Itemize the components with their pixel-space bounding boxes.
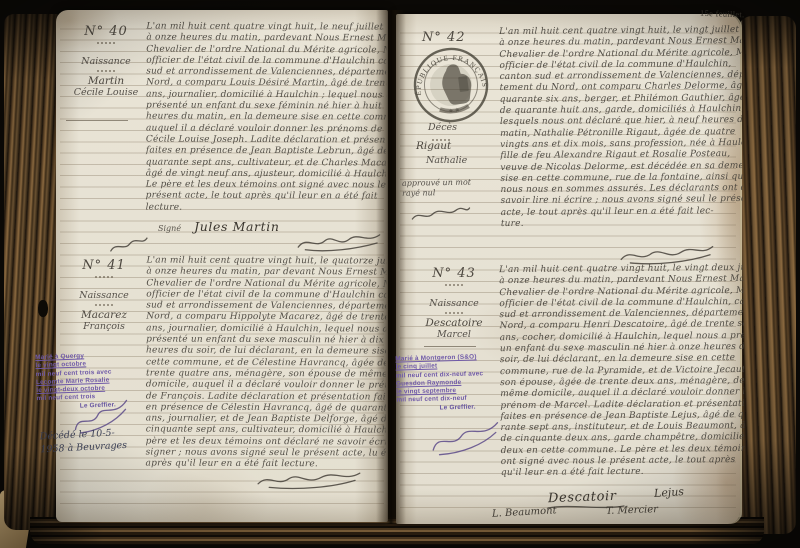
act43-number: N° 43 [408, 266, 500, 281]
act42-record-type: Décès [428, 122, 457, 133]
act41-surname: Macarez [58, 309, 150, 321]
act43-record-type: Naissance [408, 298, 500, 309]
margin-divider-line [66, 120, 128, 121]
act43-given-names: Marcel [408, 329, 500, 340]
separator [445, 284, 463, 286]
act40-margin: N° 40 Naissance Martin Cécile Louise [60, 24, 152, 98]
separator [97, 42, 115, 44]
witness-signature: Lejus [654, 485, 685, 500]
act41-given-names: François [58, 321, 150, 332]
act40-signature-line: Signé Jules Martin [158, 216, 279, 235]
act41-record-type: Naissance [58, 290, 150, 301]
act40-surname: Martin [60, 75, 152, 87]
approved-word-margin-note: approuvé un motrayé nul [402, 177, 498, 198]
separator [97, 70, 115, 72]
act41-margin: N° 41 Naissance Macarez François [58, 258, 150, 332]
act41-body-text: L'an mil huit cent quatre vingt huit, le… [146, 255, 387, 471]
act40-body-text: L'an mil huit cent quatre vingt huit, le… [146, 21, 387, 214]
act40-record-type: Naissance [60, 56, 152, 67]
republique-francaise-stamp-icon: RÉPUBLIQUE FRANÇAISE ★ ★ [408, 42, 495, 129]
act43-body-text: L'an mil huit cent quatre vingt huit, le… [499, 263, 745, 480]
officer-paraph-flourish [255, 468, 364, 492]
act40-given-names: Cécile Louise [60, 87, 152, 98]
act43-margin: N° 43 Naissance Descatoire Marcel [408, 266, 500, 340]
witness-signature: T. Mercier [606, 504, 658, 517]
act42-number: N° 42 [422, 30, 466, 45]
margin-divider-line [424, 346, 476, 347]
act43-surname: Descatoire [408, 317, 500, 329]
signed-prefix: Signé [158, 224, 181, 233]
separator [95, 276, 113, 278]
act41-number: N° 41 [58, 258, 150, 273]
act42-given-names: Nathalie [426, 155, 467, 166]
right-page-stack-edge [738, 16, 796, 534]
separator [445, 312, 463, 314]
act42-surname: Rigaut [416, 140, 451, 152]
declarant-signature: Jules Martin [194, 219, 279, 234]
register-book-photo: 15e feuillet. N° 40 Naissance Martin Céc… [0, 0, 800, 548]
edge-notch [38, 300, 48, 317]
act42-body-text: L'an mil huit cent quatre vingt huit, le… [499, 25, 743, 230]
act40-number: N° 40 [60, 24, 152, 39]
separator [95, 304, 113, 306]
